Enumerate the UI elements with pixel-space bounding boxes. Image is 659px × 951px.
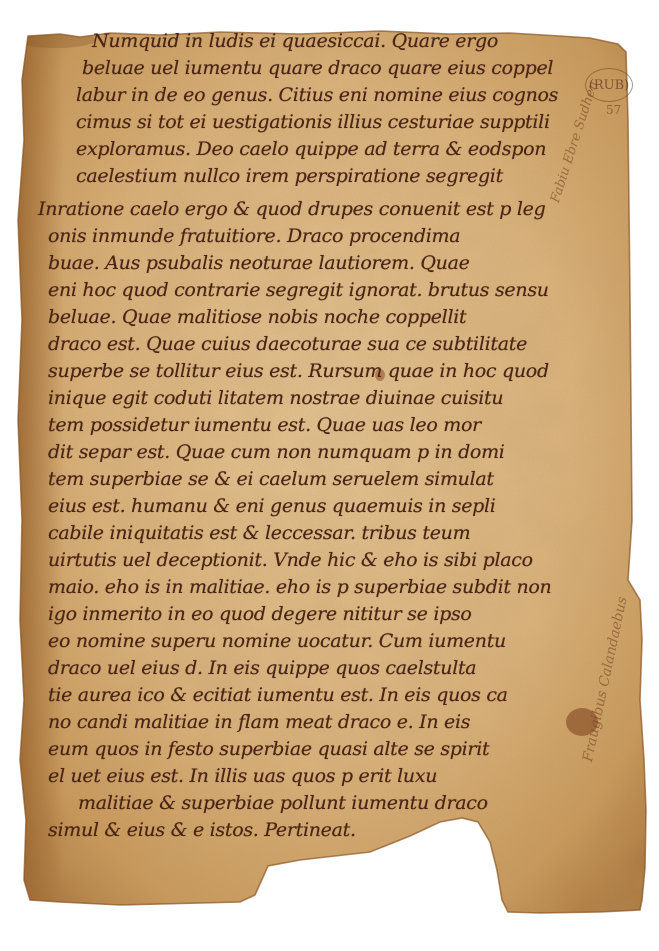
text-line: Numquid in ludis ei quaesiccai. Quare er… [92, 30, 498, 52]
text-line: Inratione caelo ergo & quod drupes conue… [38, 198, 545, 220]
text-line: inique egit coduti litatem nostrae diuin… [48, 387, 503, 409]
text-line: eius est. humanu & eni genus quaemuis in… [48, 495, 496, 517]
text-line: igo inmerito in eo quod degere nititur s… [48, 603, 472, 625]
folio-number: 57 [606, 103, 621, 117]
text-line: labur in de eo genus. Citius eni nomine … [76, 84, 558, 106]
text-line: tem possidetur iumentu est. Quae uas leo… [48, 414, 481, 436]
text-line: simul & eius & e istos. Pertineat. [48, 819, 356, 841]
text-line: eo nomine superu nomine uocatur. Cum ium… [48, 630, 506, 652]
text-line: draco uel eius d. In eis quippe quos cae… [48, 657, 476, 679]
text-line: buae. Aus psubalis neoturae lautiorem. Q… [48, 252, 470, 274]
text-line: onis inmunde fratuitiore. Draco procendi… [48, 225, 460, 247]
text-line: no candi malitiae in flam meat draco e. … [48, 711, 470, 733]
text-line: beluae uel iumentu quare draco quare eiu… [82, 57, 553, 79]
text-line: maio. eho is in malitiae. eho is p super… [48, 576, 551, 598]
text-line: tem superbiae se & ei caelum seruelem si… [48, 468, 494, 490]
text-line: uirtutis uel deceptionit. Vnde hic & eho… [48, 549, 533, 571]
text-line: superbe se tollitur eius est. Rursum qua… [48, 360, 549, 382]
text-line: cimus si tot ei uestigationis illius ces… [76, 111, 550, 133]
text-line: caelestium nullco irem perspiratione seg… [76, 165, 503, 187]
text-line: dit separ est. Quae cum non numquam p in… [48, 441, 505, 463]
text-line: cabile iniquitatis est & leccessar. trib… [48, 522, 470, 544]
manuscript-text-block: Numquid in ludis ei quaesiccai. Quare er… [38, 30, 573, 850]
text-line: eni hoc quod contrarie segregit ignorat.… [48, 279, 549, 301]
text-line: exploramus. Deo caelo quippe ad terra & … [76, 138, 546, 160]
text-line: eum quos in festo superbiae quasi alte s… [48, 738, 489, 760]
text-line: malitiae & superbiae pollunt iumentu dra… [78, 792, 488, 814]
text-line: tie aurea ico & ecitiat iumentu est. In … [48, 684, 508, 706]
text-line: beluae. Quae malitiose nobis noche coppe… [48, 306, 466, 328]
text-line: draco est. Quae cuius daecoturae sua ce … [48, 333, 527, 355]
text-line: el uet eius est. In illis uas quos p eri… [48, 765, 437, 787]
manuscript-page: (RUB) 57 Fabiu Ebre Sudhen Fraugibus Cal… [0, 0, 659, 951]
